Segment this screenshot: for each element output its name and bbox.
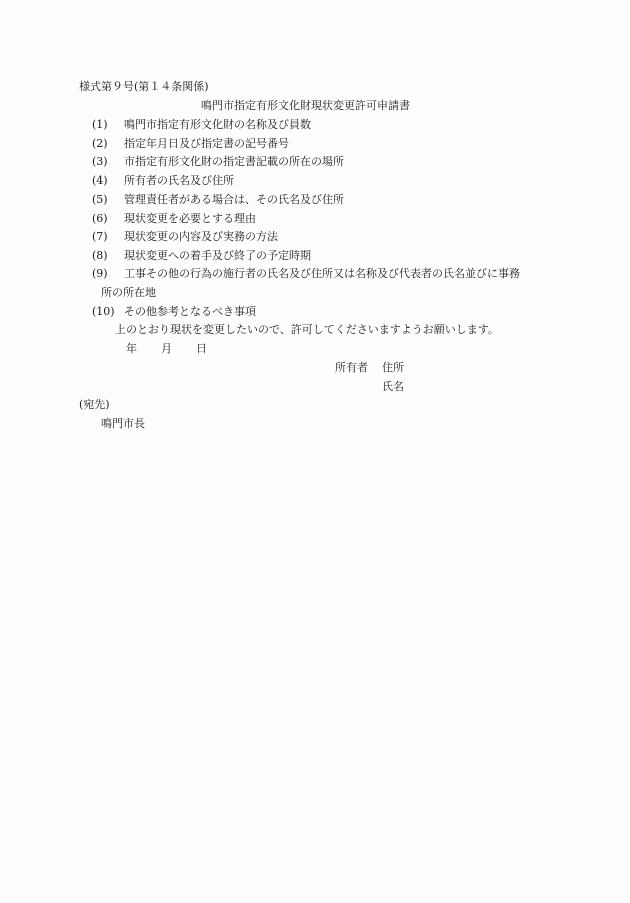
- item-text: 現状変更の内容及び実務の方法: [124, 230, 278, 243]
- document-title: 鳴門市指定有形文化財現状変更許可申請書: [201, 99, 410, 113]
- list-item-9: (9)工事その他の行為の施行者の氏名及び住所又は名称及び代表者の氏名並びに事務: [92, 267, 520, 281]
- list-item-7: (7)現状変更の内容及び実務の方法: [92, 230, 278, 244]
- date-year-label: 年: [126, 342, 137, 356]
- item-text: その他参考となるべき事項: [124, 305, 256, 318]
- item-text: 指定年月日及び指定書の記号番号: [124, 137, 289, 150]
- list-item-3: (3)市指定有形文化財の指定書記載の所在の場所: [92, 155, 344, 169]
- item-number: (1): [92, 118, 124, 132]
- item-text: 現状変更への着手及び終了の予定時期: [124, 249, 311, 262]
- item-text: 現状変更を必要とする理由: [124, 212, 256, 225]
- item-number: (8): [92, 249, 124, 263]
- list-item-4: (4)所有者の氏名及び住所: [92, 174, 234, 188]
- item-number: (7): [92, 230, 124, 244]
- item-number: (6): [92, 212, 124, 226]
- item-number: (5): [92, 193, 124, 207]
- item-text: 所有者の氏名及び住所: [124, 174, 234, 187]
- item-number: (3): [92, 155, 124, 169]
- item-text: 管理責任者がある場合は、その氏名及び住所: [124, 193, 344, 206]
- form-number: 様式第９号(第１４条関係): [79, 80, 209, 94]
- applicant-name-label: 氏名: [382, 380, 404, 394]
- item-number: (4): [92, 174, 124, 188]
- applicant-role-label: 所有者: [335, 361, 368, 375]
- list-item-8: (8)現状変更への着手及び終了の予定時期: [92, 249, 311, 263]
- item-text: 鳴門市指定有形文化財の名称及び員数: [124, 118, 311, 131]
- date-day-label: 日: [196, 342, 207, 356]
- addressee-label: (宛先): [79, 398, 110, 412]
- list-item-9-continuation: 所の所在地: [101, 286, 156, 300]
- list-item-5: (5)管理責任者がある場合は、その氏名及び住所: [92, 193, 344, 207]
- date-month-label: 月: [161, 342, 172, 356]
- list-item-1: (1)鳴門市指定有形文化財の名称及び員数: [92, 118, 311, 132]
- addressee-recipient: 鳴門市長: [101, 417, 145, 431]
- item-text: 市指定有形文化財の指定書記載の所在の場所: [124, 155, 344, 168]
- item-number: (10): [92, 305, 124, 319]
- item-number: (9): [92, 267, 124, 281]
- item-text: 工事その他の行為の施行者の氏名及び住所又は名称及び代表者の氏名並びに事務: [124, 267, 520, 280]
- request-statement: 上のとおり現状を変更したいので、許可してくださいますようお願いします。: [115, 323, 499, 337]
- list-item-10: (10)その他参考となるべき事項: [92, 305, 256, 319]
- list-item-6: (6)現状変更を必要とする理由: [92, 212, 256, 226]
- list-item-2: (2)指定年月日及び指定書の記号番号: [92, 137, 289, 151]
- item-number: (2): [92, 137, 124, 151]
- applicant-address-label: 住所: [382, 361, 404, 375]
